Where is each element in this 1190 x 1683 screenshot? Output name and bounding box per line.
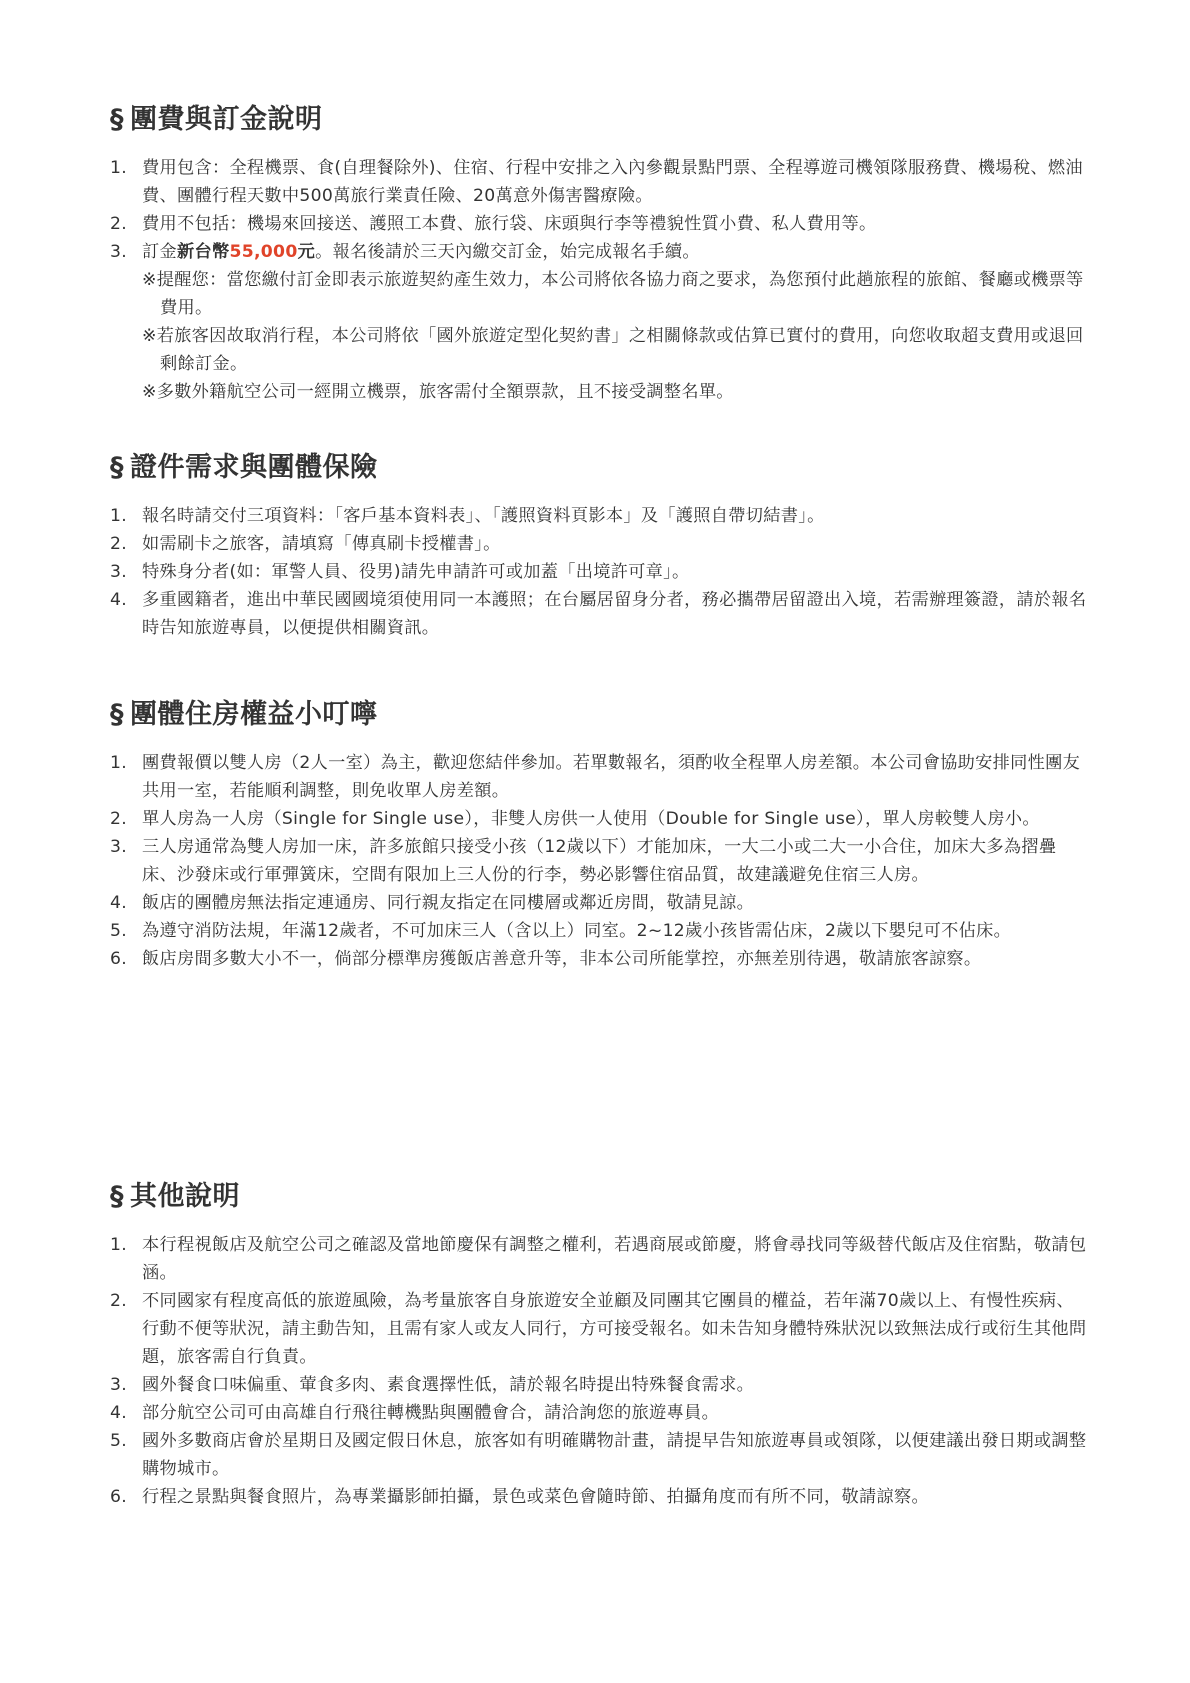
section-title: §團體住房權益小叮嚀 — [110, 698, 1090, 732]
documents-list: 1.報名時請交付三項資料：「客戶基本資料表」、「護照資料頁影本」及「護照自帶切結… — [110, 502, 1090, 642]
section-other-notes: §其他說明 1.本行程視飯店及航空公司之確認及當地節慶保有調整之權利，若遇商展或… — [110, 1180, 1090, 1511]
section-mark: § — [110, 699, 124, 730]
list-item: 1.本行程視飯店及航空公司之確認及當地節慶保有調整之權利，若遇商展或節慶，將會尋… — [110, 1231, 1090, 1287]
note-reminder: ※提醒您：當您繳付訂金即表示旅遊契約產生效力，本公司將依各協力商之要求，為您預付… — [110, 266, 1090, 322]
section-fees-deposit: §團費與訂金說明 1.費用包含：全程機票、食(自理餐除外)、住宿、行程中安排之入… — [110, 103, 1090, 406]
list-item: 2.單人房為一人房（Single for Single use），非雙人房供一人… — [110, 805, 1090, 833]
list-item: 3.特殊身分者(如：軍警人員、役男)請先申請許可或加蓋「出境許可章」。 — [110, 558, 1090, 586]
section-title: §其他說明 — [110, 1180, 1090, 1214]
list-item: 2.不同國家有程度高低的旅遊風險，為考量旅客自身旅遊安全並顧及同團其它團員的權益… — [110, 1287, 1090, 1371]
list-item: 4.部分航空公司可由高雄自行飛往轉機點與團體會合，請洽詢您的旅遊專員。 — [110, 1399, 1090, 1427]
list-item: 5.為遵守消防法規，年滿12歲者，不可加床三人（含以上）同室。2~12歲小孩皆需… — [110, 917, 1090, 945]
list-item: 1.費用包含：全程機票、食(自理餐除外)、住宿、行程中安排之入內參觀景點門票、全… — [110, 154, 1090, 210]
note-cancellation: ※若旅客因故取消行程，本公司將依「國外旅遊定型化契約書」之相關條款或估算已實付的… — [110, 322, 1090, 378]
list-item: 6.飯店房間多數大小不一，倘部分標準房獲飯店善意升等，非本公司所能掌控，亦無差別… — [110, 945, 1090, 973]
section-documents-insurance: §證件需求與團體保險 1.報名時請交付三項資料：「客戶基本資料表」、「護照資料頁… — [110, 451, 1090, 642]
fees-list: 1.費用包含：全程機票、食(自理餐除外)、住宿、行程中安排之入內參觀景點門票、全… — [110, 154, 1090, 266]
list-item: 4.飯店的團體房無法指定連通房、同行親友指定在同樓層或鄰近房間，敬請見諒。 — [110, 889, 1090, 917]
deposit-amount: 55,000 — [229, 242, 297, 262]
section-title: §證件需求與團體保險 — [110, 451, 1090, 485]
section-mark: § — [110, 104, 124, 135]
list-item: 2.費用不包括：機場來回接送、護照工本費、旅行袋、床頭與行李等禮貌性質小費、私人… — [110, 210, 1090, 238]
room-list: 1.團費報價以雙人房（2人一室）為主，歡迎您結伴參加。若單數報名，須酌收全程單人… — [110, 749, 1090, 973]
section-mark: § — [110, 1181, 124, 1212]
list-item: 4.多重國籍者，進出中華民國國境須使用同一本護照；在台屬居留身分者，務必攜帶居留… — [110, 586, 1090, 642]
other-list: 1.本行程視飯店及航空公司之確認及當地節慶保有調整之權利，若遇商展或節慶，將會尋… — [110, 1231, 1090, 1511]
note-airline-ticket: ※多數外籍航空公司一經開立機票，旅客需付全額票款，且不接受調整名單。 — [110, 378, 1090, 406]
section-title: §團費與訂金說明 — [110, 103, 1090, 137]
list-item: 2.如需刷卡之旅客，請填寫「傳真刷卡授權書」。 — [110, 530, 1090, 558]
section-room-tips: §團體住房權益小叮嚀 1.團費報價以雙人房（2人一室）為主，歡迎您結伴參加。若單… — [110, 698, 1090, 973]
list-item: 6.行程之景點與餐食照片，為專業攝影師拍攝，景色或菜色會隨時節、拍攝角度而有所不… — [110, 1483, 1090, 1511]
list-item: 3.國外餐食口味偏重、葷食多肉、素食選擇性低，請於報名時提出特殊餐食需求。 — [110, 1371, 1090, 1399]
list-item: 3.訂金新台幣55,000元。報名後請於三天內繳交訂金，始完成報名手續。 — [110, 238, 1090, 266]
list-item: 5.國外多數商店會於星期日及國定假日休息，旅客如有明確購物計畫，請提早告知旅遊專… — [110, 1427, 1090, 1483]
section-mark: § — [110, 452, 124, 483]
list-item: 1.報名時請交付三項資料：「客戶基本資料表」、「護照資料頁影本」及「護照自帶切結… — [110, 502, 1090, 530]
list-item: 3.三人房通常為雙人房加一床，許多旅館只接受小孩（12歲以下）才能加床，一大二小… — [110, 833, 1090, 889]
list-item: 1.團費報價以雙人房（2人一室）為主，歡迎您結伴參加。若單數報名，須酌收全程單人… — [110, 749, 1090, 805]
